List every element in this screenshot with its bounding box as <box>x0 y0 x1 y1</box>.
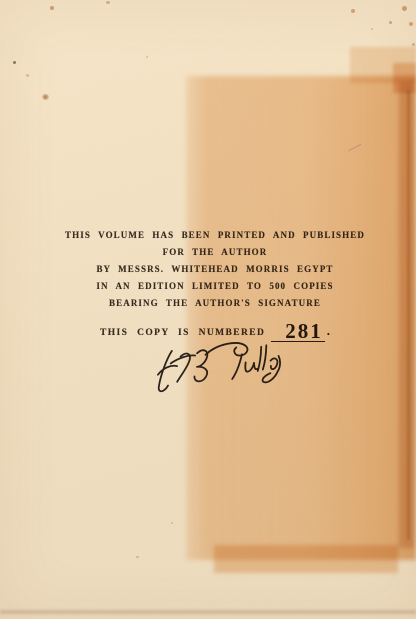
foxing-spot <box>106 1 110 4</box>
signature-ink-strokes <box>144 333 304 400</box>
foxing-spot <box>409 22 413 26</box>
foxing-spot <box>402 6 407 11</box>
colophon-line: BY MESSRS. WHITEHEAD MORRIS EGYPT <box>23 261 407 278</box>
author-signature <box>144 333 304 400</box>
foxing-spot <box>50 6 54 10</box>
foxing-spot <box>351 9 355 13</box>
colophon-line: THIS VOLUME HAS BEEN PRINTED AND PUBLISH… <box>23 227 407 244</box>
foxing-spot <box>171 522 173 524</box>
aging-stain-step <box>393 63 416 93</box>
colophon-line: FOR THE AUTHOR <box>23 244 407 261</box>
colophon-line: BEARING THE AUTHOR'S SIGNATURE <box>23 295 407 312</box>
book-page: THIS VOLUME HAS BEEN PRINTED AND PUBLISH… <box>0 0 416 619</box>
foxing-spot <box>26 74 29 77</box>
foxing-spot <box>389 21 392 24</box>
colophon-block: THIS VOLUME HAS BEEN PRINTED AND PUBLISH… <box>23 227 407 342</box>
foxing-spot <box>13 61 16 64</box>
foxing-spot <box>412 43 415 46</box>
page-edge-shadow <box>407 90 410 540</box>
foxing-spot <box>146 56 148 58</box>
colophon-line: IN AN EDITION LIMITED TO 500 COPIES <box>23 278 407 295</box>
faint-pencil-mark <box>348 144 361 152</box>
foxing-spot <box>136 556 139 558</box>
page-bottom-edge <box>0 610 416 614</box>
foxing-spot <box>371 28 373 30</box>
aging-stain-step <box>214 545 398 573</box>
foxing-spot <box>42 94 49 100</box>
copy-number-period: . <box>327 323 330 338</box>
aging-stain-step <box>350 47 416 83</box>
